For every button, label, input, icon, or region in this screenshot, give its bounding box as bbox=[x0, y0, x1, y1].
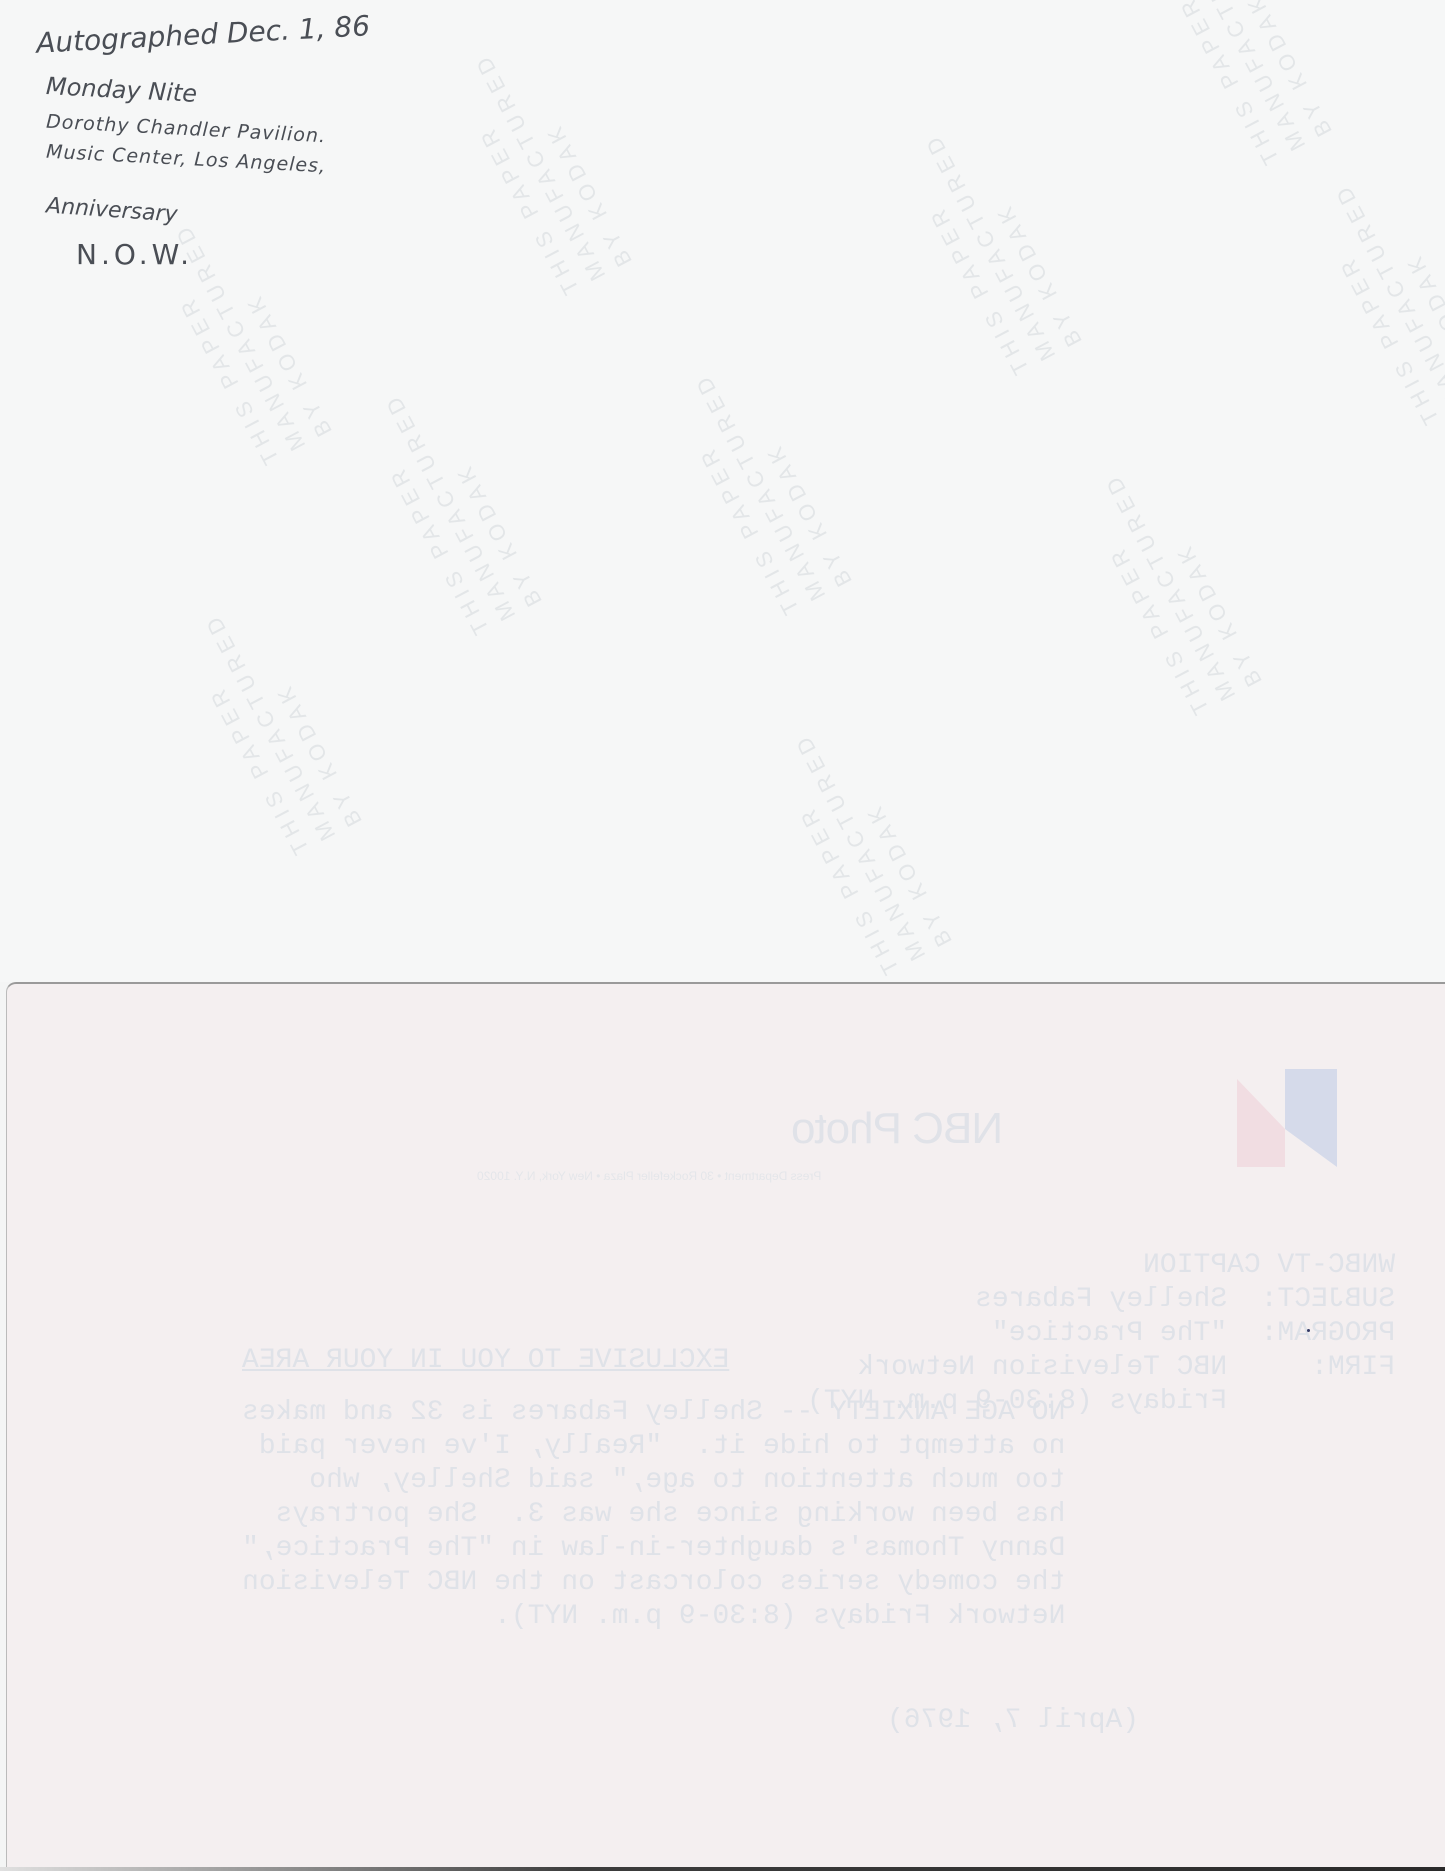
press-address: Press Department • 30 Rockefeller Plaza … bbox=[477, 1169, 821, 1183]
photo-back-paper: THIS PAPER MANUFACTURED BY KODAK THIS PA… bbox=[0, 0, 1445, 982]
kodak-watermark: THIS PAPER MANUFACTURED BY KODAK bbox=[760, 712, 959, 980]
nbc-logo-icon bbox=[1237, 1069, 1337, 1167]
kodak-watermark: THIS PAPER MANUFACTURED BY KODAK bbox=[1300, 162, 1445, 430]
note-line: Music Center, Los Angeles, bbox=[46, 141, 327, 178]
note-line: Dorothy Chandler Pavilion. bbox=[46, 111, 327, 148]
kodak-watermark: THIS PAPER MANUFACTURED BY KODAK bbox=[350, 372, 549, 640]
nbc-photo-brand: NBC Photo bbox=[792, 1104, 1003, 1154]
kodak-watermark: THIS PAPER MANUFACTURED BY KODAK bbox=[440, 32, 639, 300]
caption-headline: EXCLUSIVE TO YOU IN YOUR AREA bbox=[242, 1344, 729, 1378]
kodak-watermark: THIS PAPER MANUFACTURED BY KODAK bbox=[660, 352, 859, 620]
note-line: Anniversary bbox=[45, 193, 178, 227]
note-line: Autographed Dec. 1, 86 bbox=[35, 9, 370, 59]
scan-edge bbox=[0, 1867, 1445, 1871]
caption-body: NO AGE ANXIETY -- Shelley Fabares is 32 … bbox=[242, 1396, 1065, 1634]
kodak-watermark: THIS PAPER MANUFACTURED BY KODAK bbox=[1140, 0, 1339, 170]
kodak-watermark: THIS PAPER MANUFACTURED BY KODAK bbox=[890, 112, 1089, 380]
note-line: Monday Nite bbox=[45, 72, 197, 108]
kodak-watermark: THIS PAPER MANUFACTURED BY KODAK bbox=[170, 592, 369, 860]
note-line: N.O.W. bbox=[76, 238, 193, 271]
mirrored-show-through: NBC Photo Press Department • 30 Rockefel… bbox=[7, 984, 1445, 1871]
caption-date: (April 7, 1976) bbox=[887, 1704, 1139, 1738]
caption-header: WNBC-TV CAPTION SUBJECT: Shelley Fabares… bbox=[807, 1249, 1395, 1419]
nbc-caption-card: NBC Photo Press Department • 30 Rockefel… bbox=[6, 982, 1445, 1871]
kodak-watermark: THIS PAPER MANUFACTURED BY KODAK bbox=[1070, 452, 1269, 720]
ink-speck bbox=[1307, 1329, 1310, 1332]
